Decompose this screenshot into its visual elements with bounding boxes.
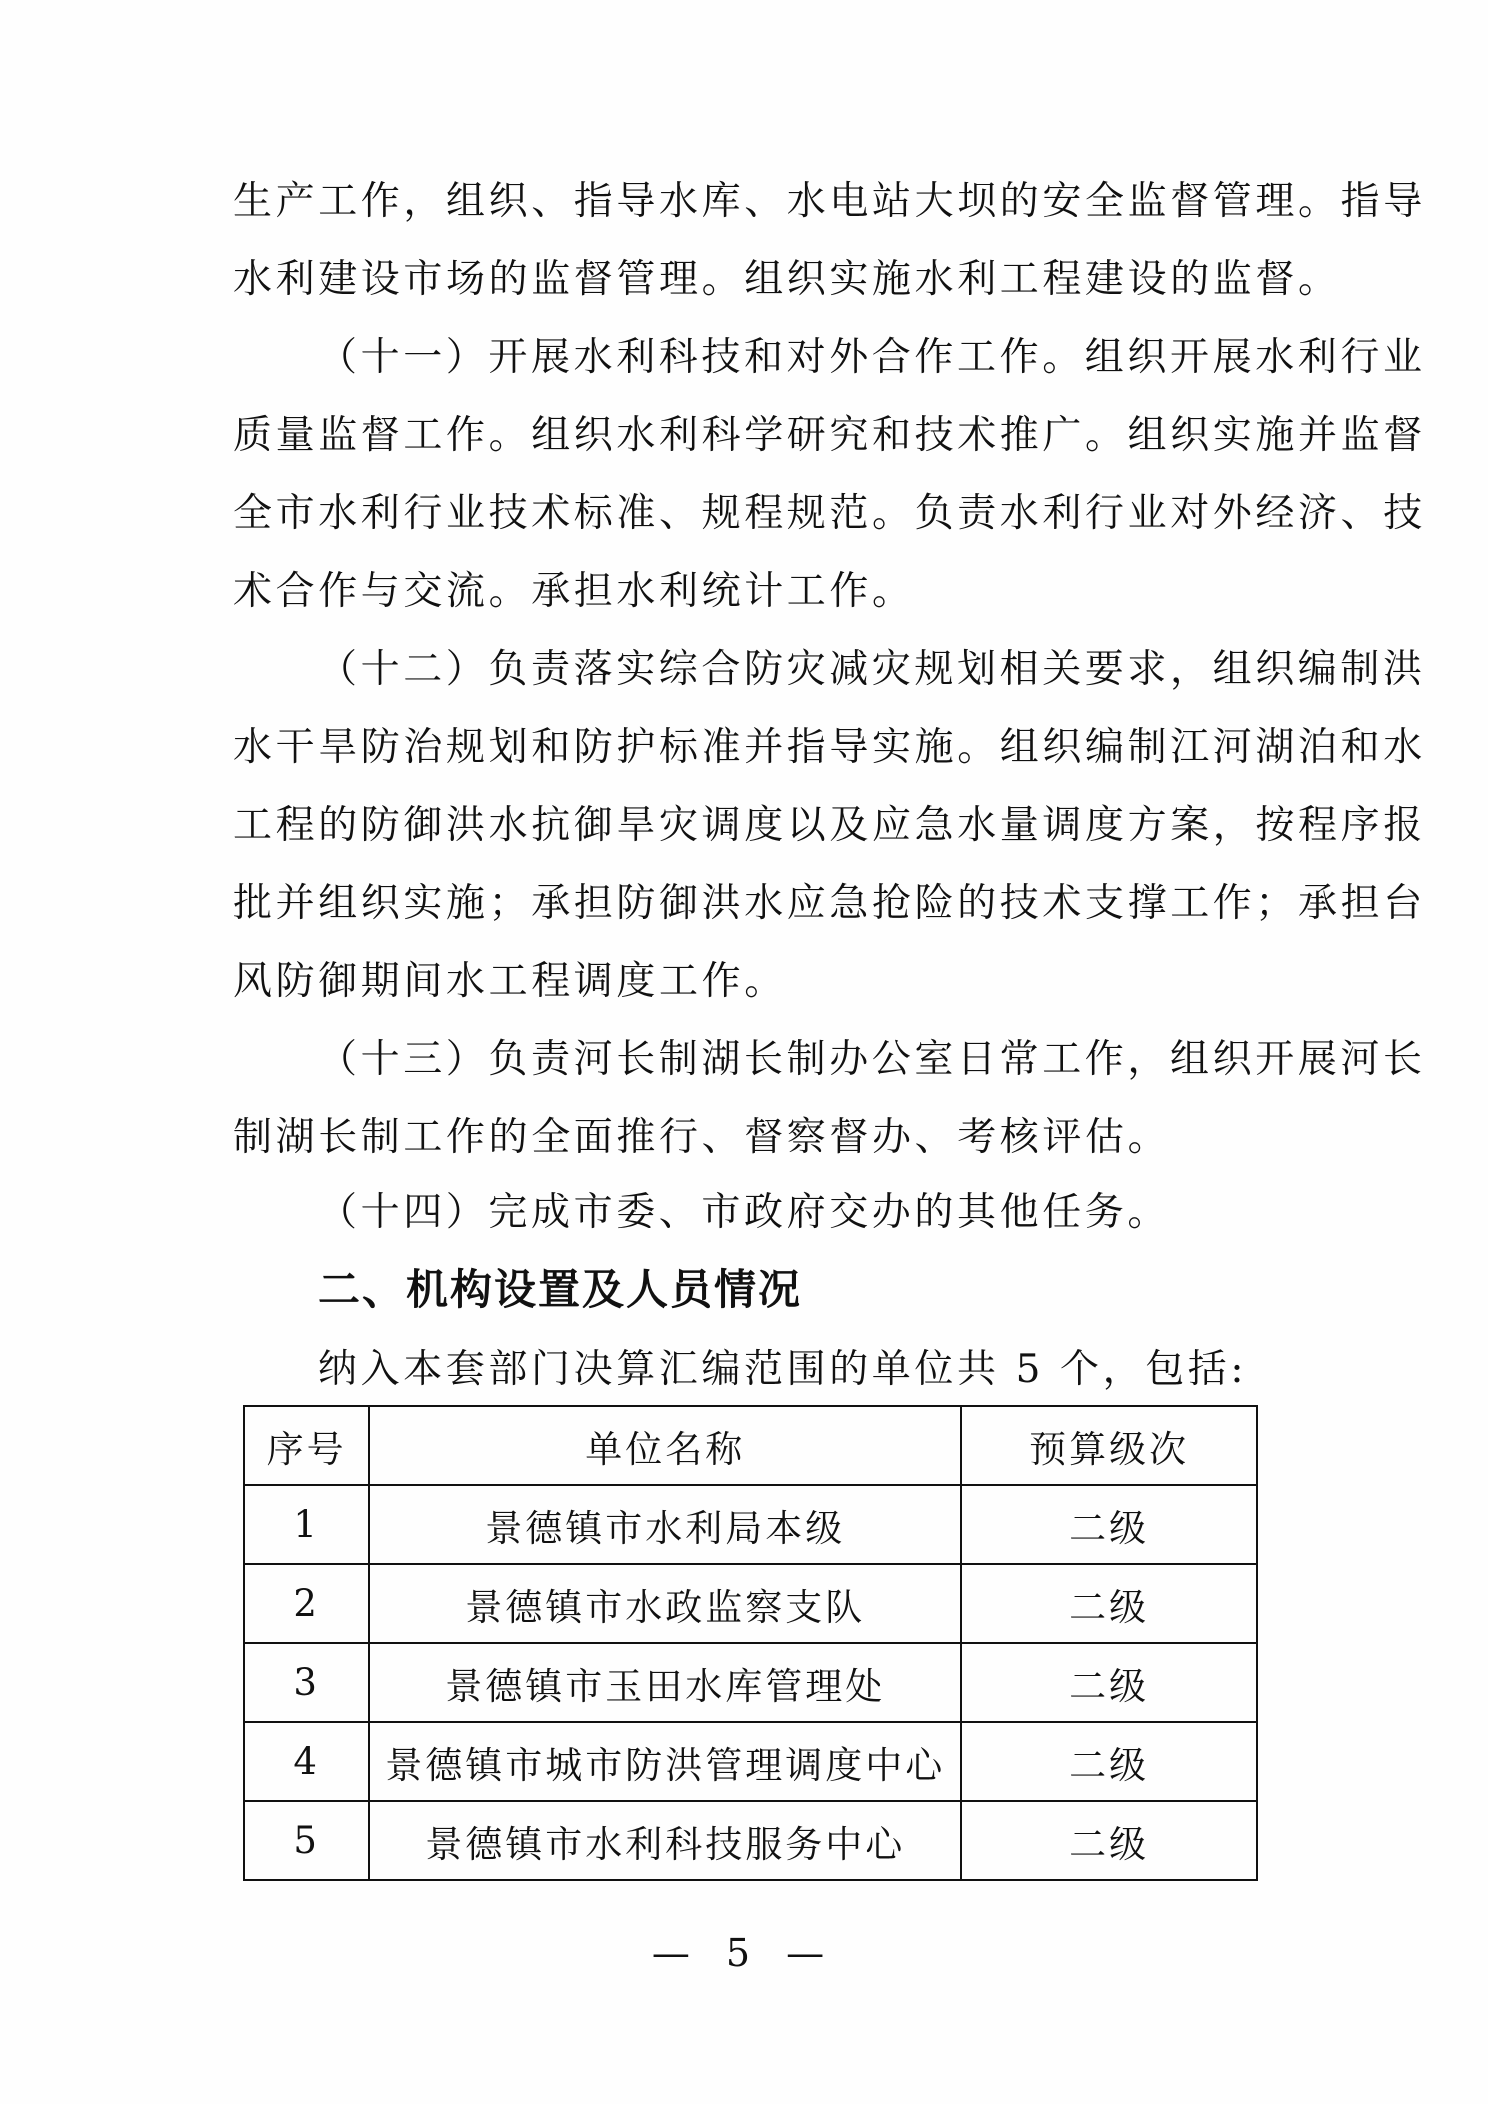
cell-serial-no: 5	[244, 1801, 369, 1880]
cell-budget-level: 二级	[961, 1485, 1257, 1564]
cell-serial-no: 1	[244, 1485, 369, 1564]
text-line: 批并组织实施；承担防御洪水应急抢险的技术支撑工作；承担台	[233, 879, 1263, 929]
page-number: — 5 —	[0, 1926, 1488, 1980]
cell-serial-no: 4	[244, 1722, 369, 1801]
cell-serial-no: 3	[244, 1643, 369, 1722]
cell-serial-no: 2	[244, 1564, 369, 1643]
cell-budget-level: 二级	[961, 1564, 1257, 1643]
paragraph-13-first-line: （十三）负责河长制湖长制办公室日常工作，组织开展河长	[318, 1035, 1263, 1085]
text-line: 制湖长制工作的全面推行、督察督办、考核评估。	[233, 1113, 1263, 1163]
header-budget-level: 预算级次	[961, 1406, 1257, 1485]
cell-unit-name: 景德镇市城市防洪管理调度中心	[369, 1722, 961, 1801]
cell-unit-name: 景德镇市水政监察支队	[369, 1564, 961, 1643]
text-line: 术合作与交流。承担水利统计工作。	[233, 567, 1263, 617]
paragraph-11-first-line: （十一）开展水利科技和对外合作工作。组织开展水利行业	[318, 333, 1263, 383]
units-table: 序号 单位名称 预算级次 1 景德镇市水利局本级 二级 2 景德镇市水政监察支队…	[243, 1405, 1258, 1881]
text-line: 全市水利行业技术标准、规程规范。负责水利行业对外经济、技	[233, 489, 1263, 539]
text-line: 风防御期间水工程调度工作。	[233, 957, 1263, 1007]
table-row: 2 景德镇市水政监察支队 二级	[244, 1564, 1257, 1643]
table-row: 1 景德镇市水利局本级 二级	[244, 1485, 1257, 1564]
table-row: 4 景德镇市城市防洪管理调度中心 二级	[244, 1722, 1257, 1801]
cell-unit-name: 景德镇市玉田水库管理处	[369, 1643, 961, 1722]
cell-budget-level: 二级	[961, 1722, 1257, 1801]
cell-unit-name: 景德镇市水利局本级	[369, 1485, 961, 1564]
header-serial-no: 序号	[244, 1406, 369, 1485]
table-row: 3 景德镇市玉田水库管理处 二级	[244, 1643, 1257, 1722]
text-line: 水利建设市场的监督管理。组织实施水利工程建设的监督。	[233, 255, 1263, 305]
document-page: 生产工作，组织、指导水库、水电站大坝的安全监督管理。指导 水利建设市场的监督管理…	[0, 0, 1488, 2104]
header-unit-name: 单位名称	[369, 1406, 961, 1485]
text-line: 生产工作，组织、指导水库、水电站大坝的安全监督管理。指导	[233, 177, 1263, 227]
table-header-row: 序号 单位名称 预算级次	[244, 1406, 1257, 1485]
section-heading: 二、机构设置及人员情况	[318, 1262, 802, 1318]
paragraph-14-first-line: （十四）完成市委、市政府交办的其他任务。	[318, 1188, 1263, 1238]
text-line: 质量监督工作。组织水利科学研究和技术推广。组织实施并监督	[233, 411, 1263, 461]
table-row: 5 景德镇市水利科技服务中心 二级	[244, 1801, 1257, 1880]
paragraph-12-first-line: （十二）负责落实综合防灾减灾规划相关要求，组织编制洪	[318, 645, 1263, 695]
table-intro: 纳入本套部门决算汇编范围的单位共 5 个，包括:	[318, 1345, 1263, 1395]
text-line: 工程的防御洪水抗御旱灾调度以及应急水量调度方案，按程序报	[233, 801, 1263, 851]
cell-budget-level: 二级	[961, 1643, 1257, 1722]
text-line: 水干旱防治规划和防护标准并指导实施。组织编制江河湖泊和水	[233, 723, 1263, 773]
cell-unit-name: 景德镇市水利科技服务中心	[369, 1801, 961, 1880]
cell-budget-level: 二级	[961, 1801, 1257, 1880]
